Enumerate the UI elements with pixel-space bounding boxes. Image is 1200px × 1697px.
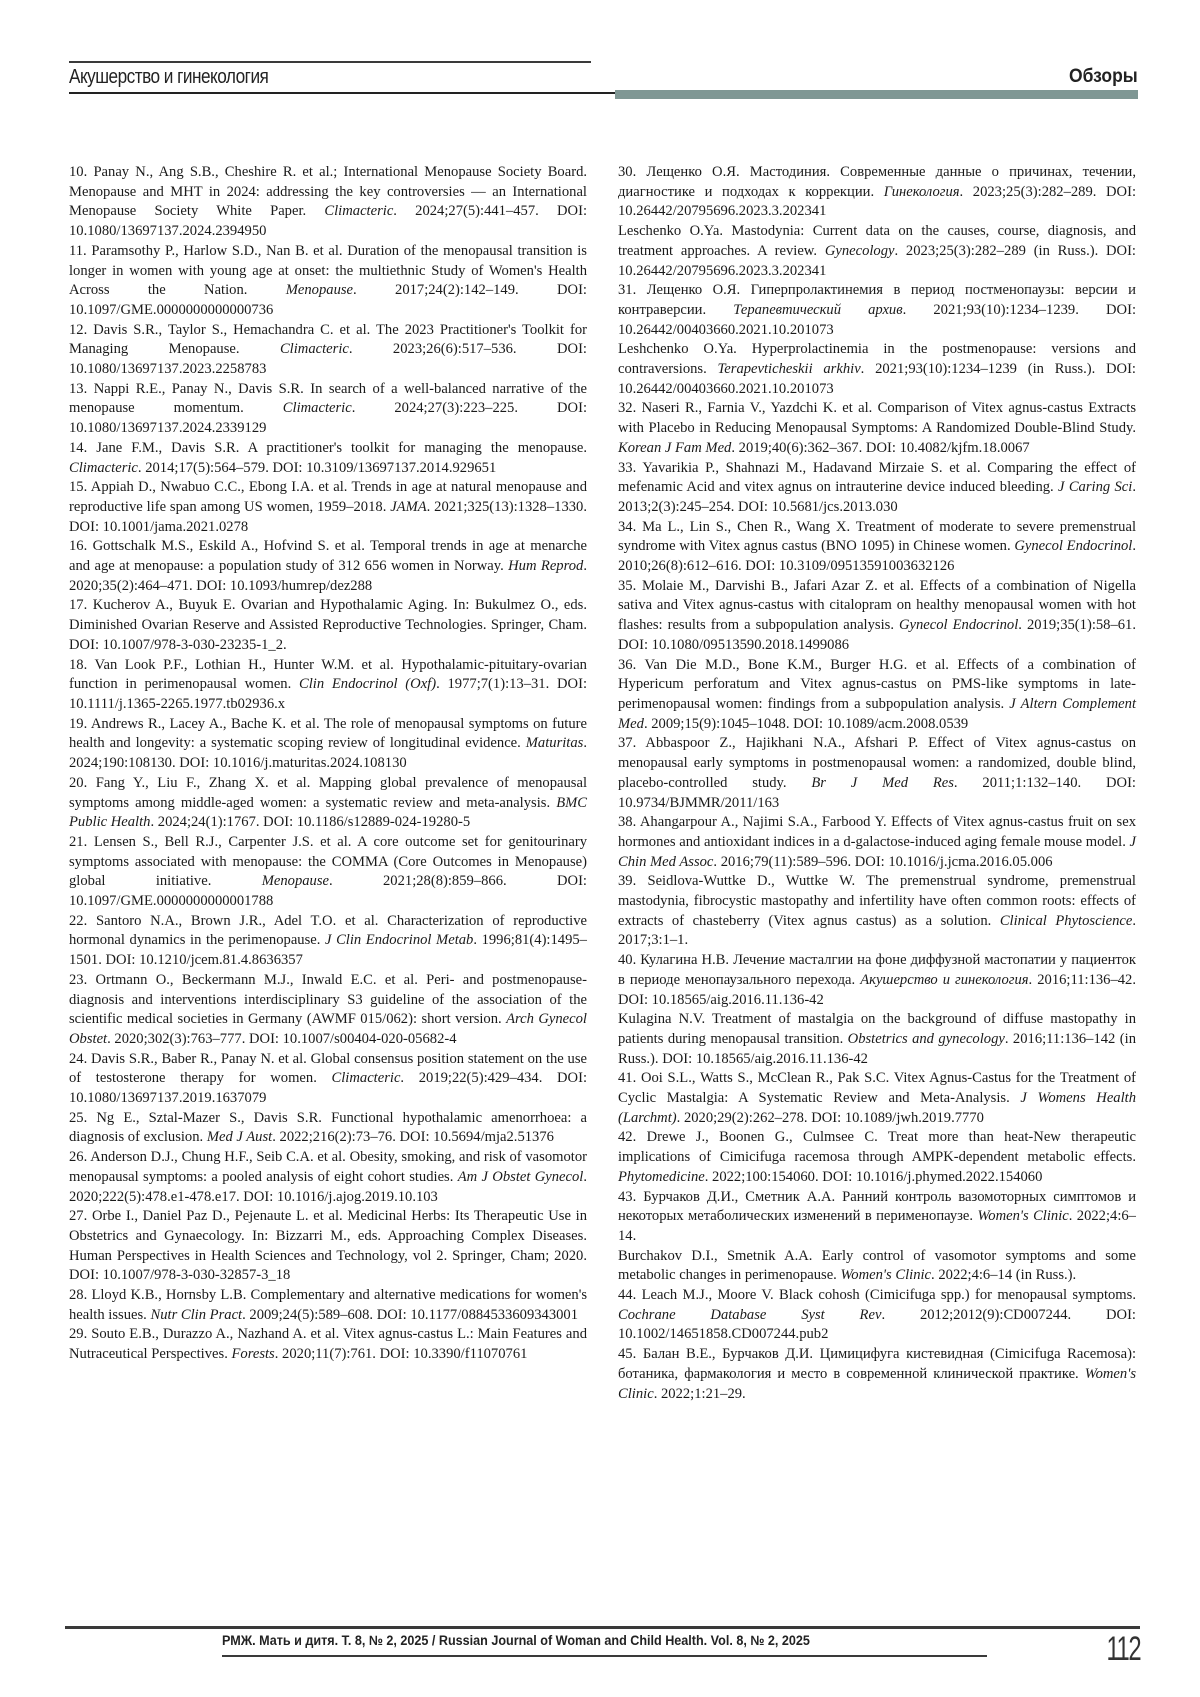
reference-number: 17. [69,597,93,613]
reference-journal: Climacteric [280,341,349,357]
reference-number: 19. [69,716,91,732]
reference-item: 30. Лещенко О.Я. Мастодиния. Современные… [618,163,1136,222]
reference-journal: Menopause [286,282,353,298]
reference-journal: Gynecology [825,243,895,259]
reference-item: 22. Santoro N.A., Brown J.R., Adel T.O. … [69,912,587,971]
reference-number: 31. [618,282,647,298]
reference-number: 35. [618,578,642,594]
reference-number: 39. [618,873,647,889]
reference-text: Fang Y., Liu F., Zhang X. et al. Mapping… [69,775,587,811]
reference-journal: Терапевтический архив [733,302,902,318]
reference-number: 11. [69,243,91,259]
footer-rule-top [65,1626,1140,1629]
reference-text: Naseri R., Farnia V., Yazdchi K. et al. … [618,400,1136,436]
page-number: 112 [1106,1630,1140,1669]
reference-number: 44. [618,1287,642,1303]
reference-text: Ahangarpour A., Najimi S.A., Farbood Y. … [618,814,1136,850]
reference-number: 36. [618,657,644,673]
reference-journal: Clinical Phytoscience [1000,913,1133,929]
reference-number: 32. [618,400,642,416]
reference-journal: J Caring Sci [1058,479,1132,495]
footer-citation: РМЖ. Мать и дитя. Т. 8, № 2, 2025 / Russ… [222,1633,941,1648]
reference-item: 21. Lensen S., Bell R.J., Carpenter J.S.… [69,833,587,912]
reference-item: 43. Бурчаков Д.И., Сметник А.А. Ранний к… [618,1188,1136,1247]
reference-number: 26. [69,1149,90,1165]
reference-journal: Gynecol Endocrinol [1014,538,1132,554]
reference-journal: Med J Aust [207,1129,272,1145]
reference-item: 27. Orbe I., Daniel Paz D., Pejenaute L.… [69,1207,587,1286]
reference-number: 14. [69,440,96,456]
reference-item: 29. Souto E.B., Durazzo A., Nazhand A. e… [69,1325,587,1364]
footer-rule-bottom [222,1655,987,1657]
reference-item: 12. Davis S.R., Taylor S., Hemachandra C… [69,321,587,380]
reference-item: 41. Ooi S.L., Watts S., McClean R., Pak … [618,1069,1136,1128]
reference-journal: Women's Clinic [840,1267,931,1283]
reference-details: . 2022;216(2):73–76. DOI: 10.5694/mja2.5… [272,1129,554,1145]
reference-journal: Акушерство и гинекология [860,972,1028,988]
reference-journal: Terapevticheskii arkhiv [718,361,861,377]
reference-journal: Phytomedicine [618,1169,705,1185]
reference-journal: Maturitas [526,735,584,751]
reference-journal: Women's Clinic [977,1208,1068,1224]
reference-item: 38. Ahangarpour A., Najimi S.A., Farbood… [618,813,1136,872]
references-column-left: 10. Panay N., Ang S.B., Cheshire R. et a… [69,163,587,1365]
reference-number: 38. [618,814,640,830]
reference-journal: Nutr Clin Pract [150,1307,242,1323]
reference-text: Orbe I., Daniel Paz D., Pejenaute L. et … [69,1208,587,1283]
reference-item: 24. Davis S.R., Baber R., Panay N. et al… [69,1050,587,1109]
reference-item: 18. Van Look P.F., Lothian H., Hunter W.… [69,656,587,715]
reference-number: 42. [618,1129,647,1145]
reference-details: . 2024;24(1):1767. DOI: 10.1186/s12889-0… [150,814,470,830]
reference-journal: Cochrane Database Syst Rev [618,1307,881,1323]
reference-item: 39. Seidlova-Wuttke D., Wuttke W. The pr… [618,872,1136,951]
reference-item: 17. Kucherov A., Buyuk E. Ovarian and Hy… [69,596,587,655]
reference-details: . 2019;40(6):362–367. DOI: 10.4082/kjfm.… [731,440,1029,456]
reference-item: Kulagina N.V. Treatment of mastalgia on … [618,1010,1136,1069]
reference-number: 29. [69,1326,91,1342]
reference-text: Kucherov A., Buyuk E. Ovarian and Hypoth… [69,597,587,652]
reference-journal: Clin Endocrinol (Oxf) [299,676,436,692]
reference-number: 24. [69,1051,91,1067]
reference-number: 22. [69,913,96,929]
reference-item: 35. Molaie M., Darvishi B., Jafari Azar … [618,577,1136,656]
reference-item: 37. Abbaspoor Z., Hajikhani N.A., Afshar… [618,734,1136,813]
reference-item: 26. Anderson D.J., Chung H.F., Seib C.A.… [69,1148,587,1207]
reference-item: 15. Appiah D., Nwabuo C.C., Ebong I.A. e… [69,478,587,537]
reference-item: 34. Ma L., Lin S., Chen R., Wang X. Trea… [618,518,1136,577]
reference-text: Jane F.M., Davis S.R. A practitioner's t… [96,440,587,456]
reference-text: Andrews R., Lacey A., Bache K. et al. Th… [69,716,587,752]
reference-number: 27. [69,1208,92,1224]
rubric-label: Обзоры [1069,66,1138,88]
reference-journal: Climacteric [283,400,352,416]
header-rule-top [69,61,591,63]
reference-item: 28. Lloyd K.B., Hornsby L.B. Complementa… [69,1286,587,1325]
reference-item: 36. Van Die M.D., Bone K.M., Burger H.G.… [618,656,1136,735]
reference-item: 33. Yavarikia P., Shahnazi M., Hadavand … [618,459,1136,518]
reference-journal: Climacteric [69,460,138,476]
reference-details: . 2016;79(11):589–596. DOI: 10.1016/j.jc… [713,854,1052,870]
reference-number: 33. [618,460,642,476]
reference-item: 11. Paramsothy P., Harlow S.D., Nan B. e… [69,242,587,321]
reference-number: 34. [618,519,642,535]
reference-item: 44. Leach M.J., Moore V. Black cohosh (C… [618,1286,1136,1345]
reference-journal: Гинекология [884,184,960,200]
reference-text: Leach M.J., Moore V. Black cohosh (Cimic… [642,1287,1136,1303]
reference-details: . 2020;29(2):262–278. DOI: 10.1089/jwh.2… [677,1110,984,1126]
reference-journal: Climacteric [324,203,393,219]
reference-item: Leshchenko O.Ya. Hyperprolactinemia in t… [618,340,1136,399]
reference-number: 45. [618,1346,643,1362]
reference-journal: JAMA [390,499,426,515]
reference-journal: J Clin Endocrinol Metab [325,932,473,948]
reference-details: . 2009;15(9):1045–1048. DOI: 10.1089/acm… [644,716,968,732]
reference-journal: Forests [232,1346,275,1362]
reference-number: 23. [69,972,96,988]
header-rule-bottom [69,92,615,94]
reference-journal: Menopause [262,873,329,889]
reference-item: 45. Балан В.Е., Бурчаков Д.И. Цимицифуга… [618,1345,1136,1404]
reference-details: . 2020;302(3):763–777. DOI: 10.1007/s004… [107,1031,456,1047]
reference-journal: Am J Obstet Gynecol [458,1169,584,1185]
reference-number: 12. [69,322,93,338]
reference-details: . 2022;100:154060. DOI: 10.1016/j.phymed… [705,1169,1043,1185]
reference-number: 37. [618,735,645,751]
reference-number: 30. [618,164,646,180]
reference-item: 16. Gottschalk M.S., Eskild A., Hofvind … [69,537,587,596]
reference-item: Burchakov D.I., Smetnik A.A. Early contr… [618,1247,1136,1286]
reference-number: 43. [618,1189,643,1205]
reference-number: 13. [69,381,94,397]
reference-item: Leschenko O.Ya. Mastodynia: Current data… [618,222,1136,281]
reference-number: 40. [618,952,640,968]
reference-journal: Gynecol Endocrinol [899,617,1018,633]
reference-journal: Br J Med Res [811,775,954,791]
reference-item: 25. Ng E., Sztal-Mazer S., Davis S.R. Fu… [69,1109,587,1148]
reference-text: Drewe J., Boonen G., Culmsee C. Treat mo… [618,1129,1136,1165]
reference-item: 23. Ortmann O., Beckermann M.J., Inwald … [69,971,587,1050]
reference-item: 13. Nappi R.E., Panay N., Davis S.R. In … [69,380,587,439]
reference-item: 31. Лещенко О.Я. Гиперпролактинемия в пе… [618,281,1136,340]
reference-journal: Climacteric [332,1070,401,1086]
reference-details: . 2009;24(5):589–608. DOI: 10.1177/08845… [242,1307,578,1323]
references-column-right: 30. Лещенко О.Я. Мастодиния. Современные… [618,163,1136,1404]
reference-journal: Korean J Fam Med [618,440,731,456]
reference-journal: Obstetrics and gynecology [848,1031,1005,1047]
reference-number: 16. [69,538,93,554]
reference-item: 32. Naseri R., Farnia V., Yazdchi K. et … [618,399,1136,458]
journal-section-title: Акушерство и гинекология [69,66,268,89]
reference-details: . 2022;1:21–29. [654,1386,746,1402]
reference-item: 19. Andrews R., Lacey A., Bache K. et al… [69,715,587,774]
reference-item: 14. Jane F.M., Davis S.R. A practitioner… [69,439,587,478]
reference-number: 28. [69,1287,91,1303]
reference-number: 18. [69,657,95,673]
reference-number: 25. [69,1110,96,1126]
reference-item: 42. Drewe J., Boonen G., Culmsee C. Trea… [618,1128,1136,1187]
reference-item: 40. Кулагина Н.В. Лечение масталгии на ф… [618,951,1136,1010]
reference-number: 21. [69,834,94,850]
reference-number: 20. [69,775,96,791]
reference-number: 10. [69,164,93,180]
reference-item: 20. Fang Y., Liu F., Zhang X. et al. Map… [69,774,587,833]
reference-details: . 2014;17(5):564–579. DOI: 10.3109/13697… [138,460,496,476]
reference-item: 10. Panay N., Ang S.B., Cheshire R. et a… [69,163,587,242]
reference-number: 15. [69,479,91,495]
reference-journal: Hum Reprod [508,558,583,574]
reference-number: 41. [618,1070,641,1086]
reference-details: . 2020;11(7):761. DOI: 10.3390/f11070761 [275,1346,528,1362]
reference-text: Балан В.Е., Бурчаков Д.И. Цимицифуга кис… [618,1346,1136,1382]
header-accent-bar [615,90,1138,99]
reference-details: . 2022;4:6–14 (in Russ.). [931,1267,1076,1283]
